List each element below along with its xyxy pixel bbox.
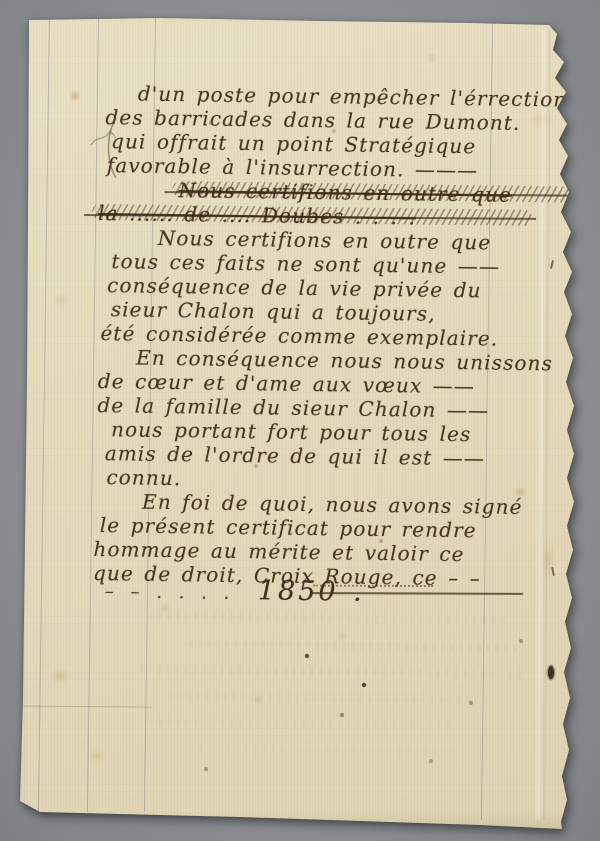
pencil-check-mark [88,126,120,150]
manuscript-line-struck: la ...... de .... Doubes . . . . [98,202,416,230]
manuscript-page: – – . . . . 1850 . d'un poste pour empêc… [0,0,600,841]
manuscript-line-text: connu. [106,465,181,490]
manuscript-line-text: favorable à l'insurrection. ——— [107,153,479,182]
paper-hole [548,666,554,679]
scanned-document-background: – – . . . . 1850 . d'un poste pour empêc… [0,0,600,841]
manuscript-line-text: la ...... de .... Doubes . . . . [98,201,416,229]
foxing-specks [0,0,2,2]
manuscript-line: connu. [106,466,181,491]
paper-sheet: – – . . . . 1850 . d'un poste pour empêc… [0,0,600,841]
manuscript-line-text: que de droit, Croix Rouge, ce – – [93,561,481,590]
